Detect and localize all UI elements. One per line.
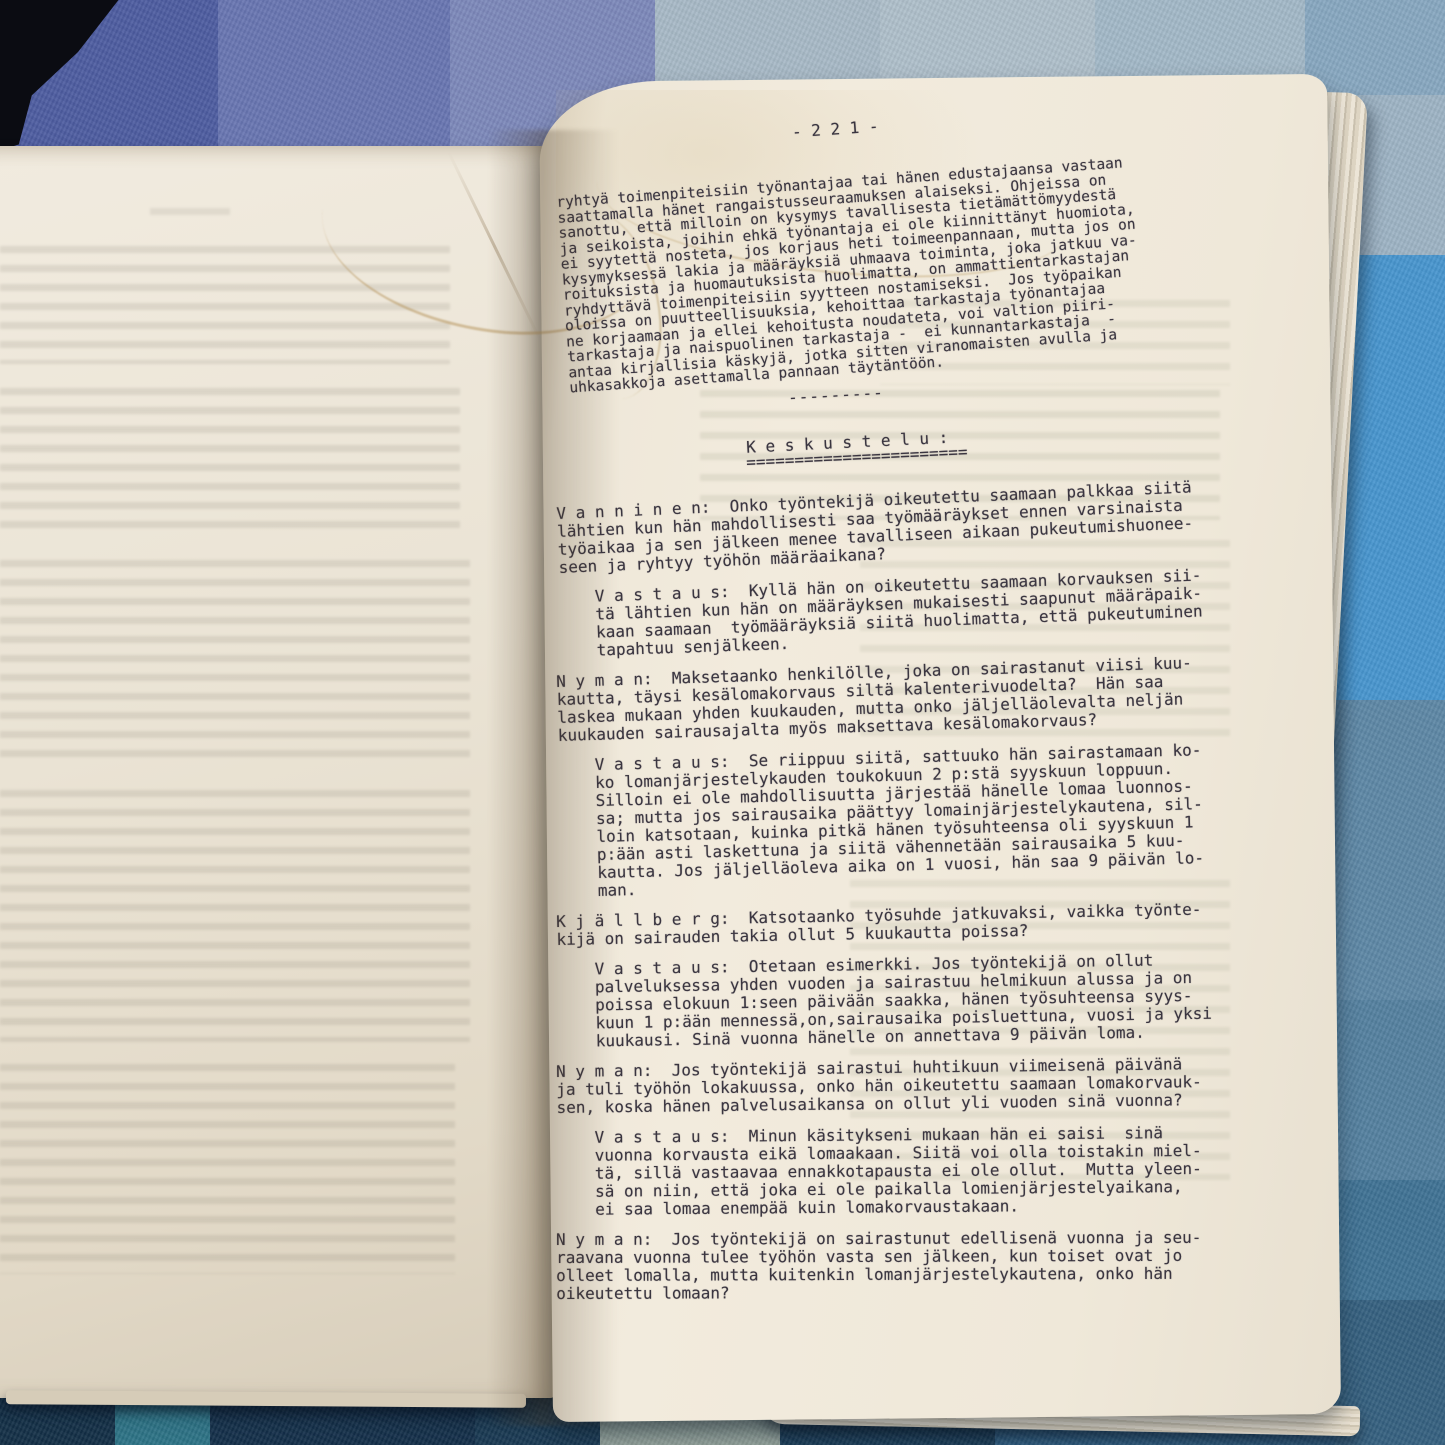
photo-of-open-book: - 2 2 1 - ryhtyä toimenpiteisiin työnant…: [0, 0, 1445, 1445]
ghost-text-block: [0, 388, 460, 536]
ghost-text-block: [0, 790, 470, 1042]
qa-block-vanninen: V a n n i n e n: Onko työntekijä oikeute…: [556, 475, 1258, 576]
qa-block-vastaus: V a s t a u s: Kyllä hän on oikeutettu s…: [556, 564, 1258, 660]
ghost-text-block: [0, 1064, 455, 1274]
qa-block-nyman: N y m a n: Jos työntekijä on sairastunut…: [556, 1228, 1256, 1302]
intro-paragraph: ryhtyä toimenpiteisiin työnantajaa tai h…: [556, 147, 1268, 397]
qa-block-vastaus: V a s t a u s: Minun käsitykseni mukaan …: [556, 1123, 1257, 1218]
ghost-text-block: [0, 560, 470, 766]
qa-block-nyman: N y m a n: Maksetaanko henkilölle, joka …: [556, 652, 1258, 745]
qa-block-kjallberg: K j ä l l b e r g: Katsotaanko työsuhde …: [556, 899, 1257, 948]
qa-block-vastaus: V a s t a u s: Otetaan esimerkki. Jos ty…: [556, 950, 1257, 1051]
typed-page-content: - 2 2 1 - ryhtyä toimenpiteisiin työnant…: [556, 140, 1256, 1315]
qa-block-nyman: N y m a n: Jos työntekijä sairastui huht…: [556, 1054, 1257, 1117]
qa-block-vastaus: V a s t a u s: Se riippuu siitä, sattuuk…: [556, 739, 1259, 900]
ghost-text-block: [150, 208, 230, 220]
